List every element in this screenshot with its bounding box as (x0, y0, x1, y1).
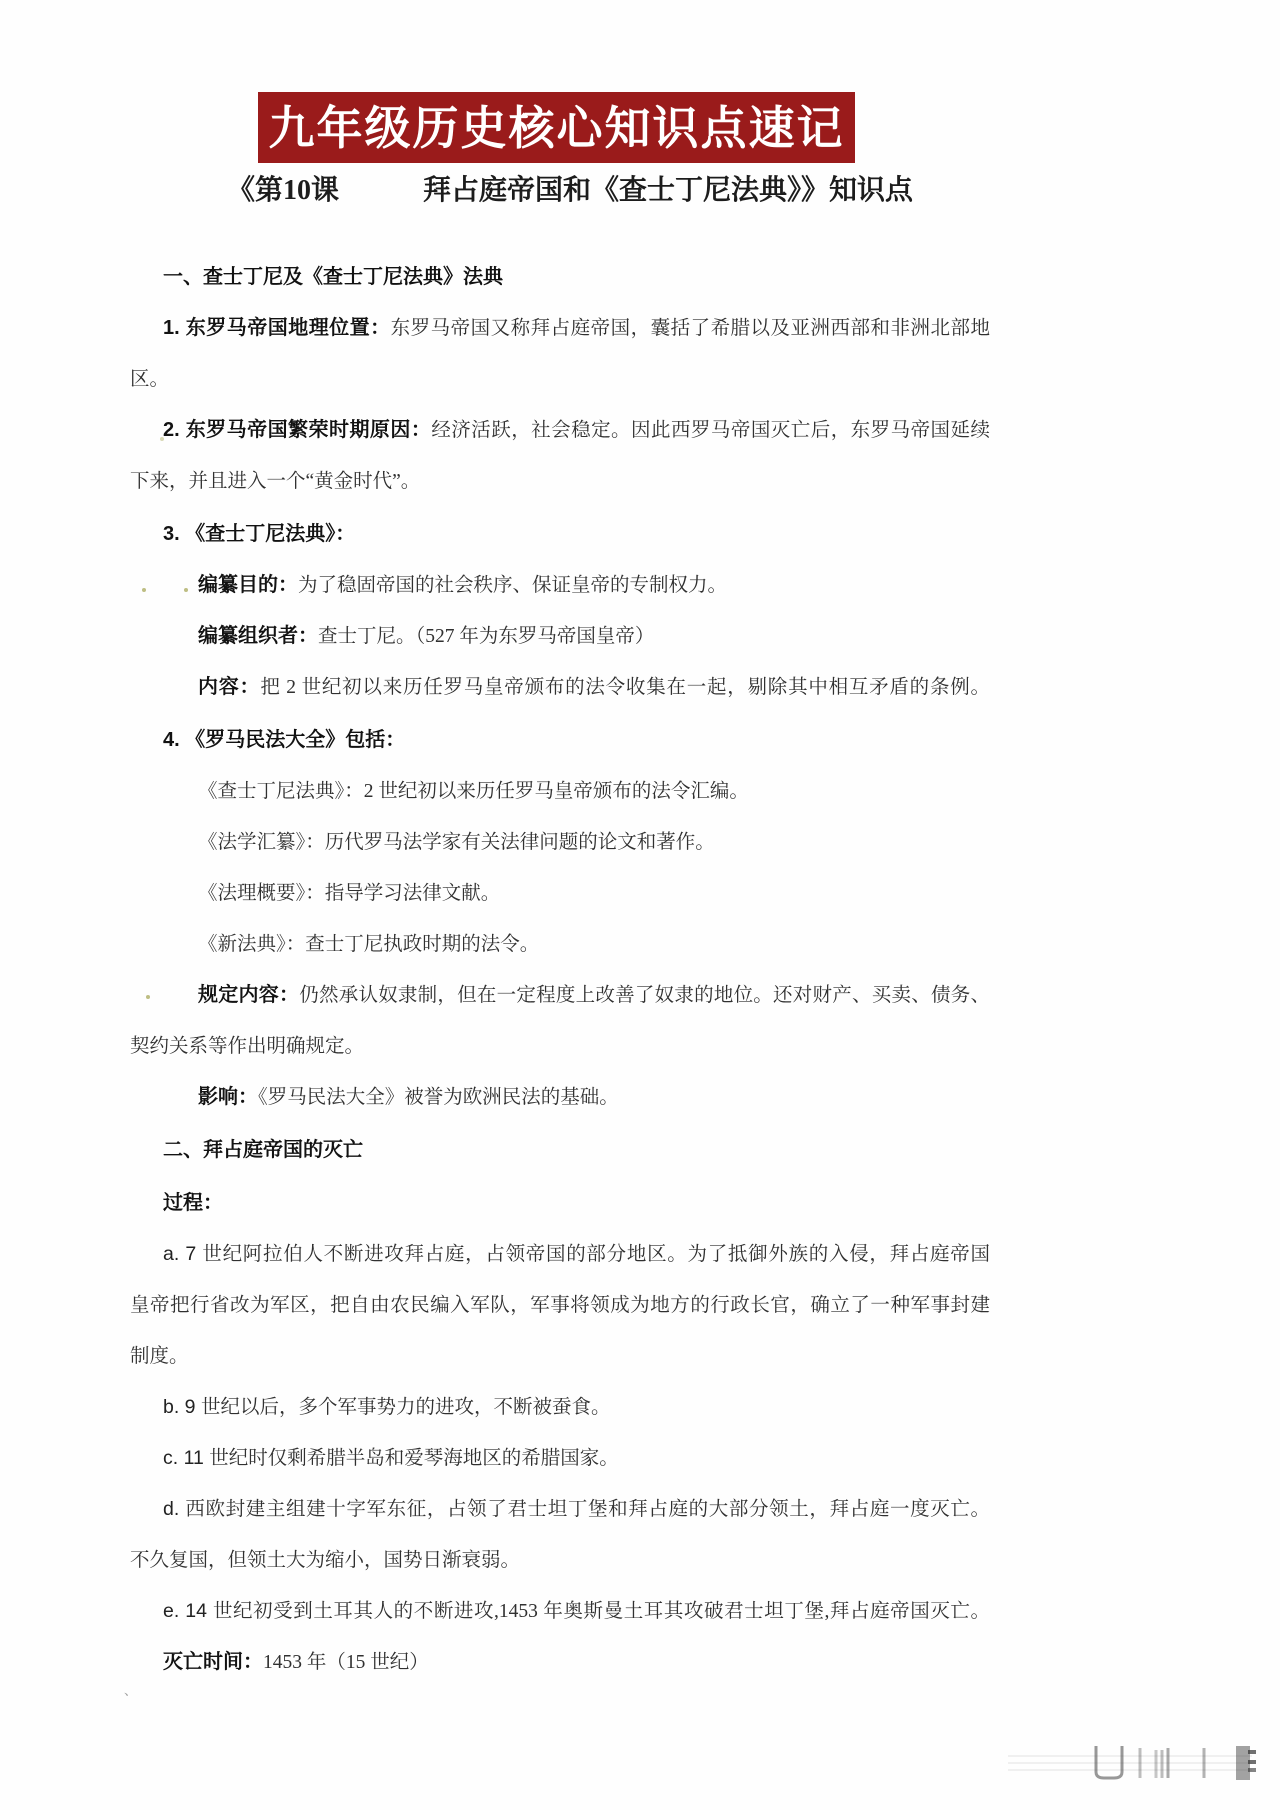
body-text: 下来，并且进入一个“黄金时代”。 (130, 471, 420, 492)
body-text: 1453 年（15 世纪） (263, 1652, 429, 1673)
item-prefix: e. 14 (163, 1600, 213, 1622)
body-text: 《查士丁尼法典》：2 世纪初以来历任罗马皇帝颁布的法令汇编。 (198, 781, 749, 802)
paragraph-line: 编纂组织者：查士丁尼。（527 年为东罗马帝国皇帝） (130, 611, 990, 662)
watermark-artifact (1008, 1742, 1258, 1788)
stray-mark (146, 995, 150, 999)
lesson-subtitle: 《第10课 拜占庭帝国和《查士丁尼法典》》知识点 (135, 168, 1005, 208)
body-text: 《新法典》：查士丁尼执政时期的法令。 (198, 934, 539, 955)
bold-label: 影响： (198, 1086, 258, 1108)
bold-label: 二、拜占庭帝国的灭亡 (163, 1139, 363, 1161)
page: { "banner": { "text": "九年级历史核心知识点速记", "b… (0, 0, 1280, 1810)
body-text: 皇帝把行省改为军区，把自由农民编入军队，军事将领成为地方的行政长官，确立了一种军… (130, 1295, 990, 1316)
item-prefix: b. 9 (163, 1396, 201, 1418)
bold-label: 编纂目的： (198, 574, 298, 596)
bold-label: 规定内容： (198, 984, 299, 1006)
body-text: 世纪时仅剩希腊半岛和爱琴海地区的希腊国家。 (209, 1448, 619, 1469)
title-banner: 九年级历史核心知识点速记 (258, 92, 855, 163)
watermark-strokes (1008, 1742, 1258, 1788)
paragraph-line: 皇帝把行省改为军区，把自由农民编入军队，军事将领成为地方的行政长官，确立了一种军… (130, 1280, 990, 1331)
item-prefix: d. (163, 1498, 185, 1520)
bold-label: 3. 《查士丁尼法典》： (163, 523, 355, 545)
paragraph-line: 制度。 (130, 1331, 990, 1382)
paragraph-line: 下来，并且进入一个“黄金时代”。 (130, 456, 990, 507)
body-text: 西欧封建主组建十字军东征，占领了君士坦丁堡和拜占庭的大部分领土，拜占庭一度灭亡。 (185, 1499, 990, 1520)
item-prefix: c. 11 (163, 1447, 209, 1469)
paragraph-line: 2. 东罗马帝国繁荣时期原因：经济活跃，社会稳定。因此西罗马帝国灭亡后，东罗马帝… (130, 405, 990, 456)
paragraph-line: 契约关系等作出明确规定。 (130, 1021, 990, 1072)
paragraph-line: c. 11 世纪时仅剩希腊半岛和爱琴海地区的希腊国家。 (130, 1433, 990, 1484)
body-text: 仍然承认奴隶制，但在一定程度上改善了奴隶的地位。还对财产、买卖、债务、 (299, 985, 990, 1006)
paragraph-line: e. 14 世纪初受到土耳其人的不断进攻,1453 年奥斯曼土耳其攻破君士坦丁堡… (130, 1586, 990, 1637)
body-text: 契约关系等作出明确规定。 (130, 1036, 364, 1057)
paragraph-line: 区。 (130, 354, 990, 405)
body-text: 为了稳固帝国的社会秩序、保证皇帝的专制权力。 (298, 575, 727, 596)
paragraph-line: 不久复国，但领土大为缩小，国势日渐衰弱。 (130, 1535, 990, 1586)
stray-mark (184, 588, 188, 592)
paragraph-line: b. 9 世纪以后，多个军事势力的进攻，不断被蚕食。 (130, 1382, 990, 1433)
body-text: 区。 (130, 369, 169, 390)
body-text: 世纪以后，多个军事势力的进攻，不断被蚕食。 (201, 1397, 611, 1418)
bold-label: 编纂组织者： (198, 625, 318, 647)
paragraph-line: 编纂目的：为了稳固帝国的社会秩序、保证皇帝的专制权力。 (130, 560, 990, 611)
body-text: 制度。 (130, 1346, 189, 1367)
paragraph-line: 影响：《罗马民法大全》被誉为欧洲民法的基础。 (130, 1072, 990, 1123)
bold-label: 过程： (163, 1192, 223, 1214)
body-text: 经济活跃，社会稳定。因此西罗马帝国灭亡后，东罗马帝国延续 (431, 420, 990, 441)
body-text: 世纪初受到土耳其人的不断进攻,1453 年奥斯曼土耳其攻破君士坦丁堡,拜占庭帝国… (213, 1601, 990, 1622)
paragraph-line: 灭亡时间：1453 年（15 世纪） (130, 1637, 990, 1688)
section-heading: 3. 《查士丁尼法典》： (130, 507, 990, 560)
paragraph-line: 《法学汇纂》：历代罗马法学家有关法律问题的论文和著作。 (130, 817, 990, 868)
stray-mark (160, 437, 164, 441)
bold-label: 4. 《罗马民法大全》包括： (163, 729, 405, 751)
paragraph-line: 《查士丁尼法典》：2 世纪初以来历任罗马皇帝颁布的法令汇编。 (130, 766, 990, 817)
paragraph-line: 内容：把 2 世纪初以来历任罗马皇帝颁布的法令收集在一起，剔除其中相互矛盾的条例… (130, 662, 990, 713)
stray-mark (142, 588, 146, 592)
paragraph-line: 1. 东罗马帝国地理位置：东罗马帝国又称拜占庭帝国，囊括了希腊以及亚洲西部和非洲… (130, 303, 990, 354)
paragraph-line: a. 7 世纪阿拉伯人不断进攻拜占庭，占领帝国的部分地区。为了抵御外族的入侵，拜… (130, 1229, 990, 1280)
body-text: 《罗马民法大全》被誉为欧洲民法的基础。 (258, 1087, 619, 1108)
bold-label: 1. 东罗马帝国地理位置： (163, 317, 391, 339)
body-text: 《法学汇纂》：历代罗马法学家有关法律问题的论文和著作。 (198, 832, 715, 853)
paragraph-line: 《法理概要》：指导学习法律文献。 (130, 868, 990, 919)
body-text: 不久复国，但领土大为缩小，国势日渐衰弱。 (130, 1550, 520, 1571)
stray-mark: 、 (124, 1684, 137, 1697)
section-heading: 过程： (130, 1176, 990, 1229)
page-title: 九年级历史核心知识点速记 (269, 104, 845, 152)
body-text: 查士丁尼。（527 年为东罗马帝国皇帝） (318, 626, 654, 647)
item-prefix: a. 7 (163, 1243, 202, 1265)
body-text: 世纪阿拉伯人不断进攻拜占庭，占领帝国的部分地区。为了抵御外族的入侵，拜占庭帝国 (202, 1244, 990, 1265)
paragraph-line: 规定内容：仍然承认奴隶制，但在一定程度上改善了奴隶的地位。还对财产、买卖、债务、 (130, 970, 990, 1021)
bold-label: 一、查士丁尼及《查士丁尼法典》法典 (163, 266, 503, 288)
paragraph-line: d. 西欧封建主组建十字军东征，占领了君士坦丁堡和拜占庭的大部分领土，拜占庭一度… (130, 1484, 990, 1535)
body-text: 东罗马帝国又称拜占庭帝国，囊括了希腊以及亚洲西部和非洲北部地 (391, 318, 990, 339)
bold-label: 灭亡时间： (163, 1651, 263, 1673)
section-heading: 4. 《罗马民法大全》包括： (130, 713, 990, 766)
document-body: 一、查士丁尼及《查士丁尼法典》法典1. 东罗马帝国地理位置：东罗马帝国又称拜占庭… (130, 250, 990, 1688)
body-text: 把 2 世纪初以来历任罗马皇帝颁布的法令收集在一起，剔除其中相互矛盾的条例。 (260, 677, 990, 698)
paragraph-line: 《新法典》：查士丁尼执政时期的法令。 (130, 919, 990, 970)
bold-label: 内容： (198, 676, 260, 698)
bold-label: 2. 东罗马帝国繁荣时期原因： (163, 419, 431, 441)
section-heading: 二、拜占庭帝国的灭亡 (130, 1123, 990, 1176)
body-text: 《法理概要》：指导学习法律文献。 (198, 883, 500, 904)
section-heading: 一、查士丁尼及《查士丁尼法典》法典 (130, 250, 990, 303)
